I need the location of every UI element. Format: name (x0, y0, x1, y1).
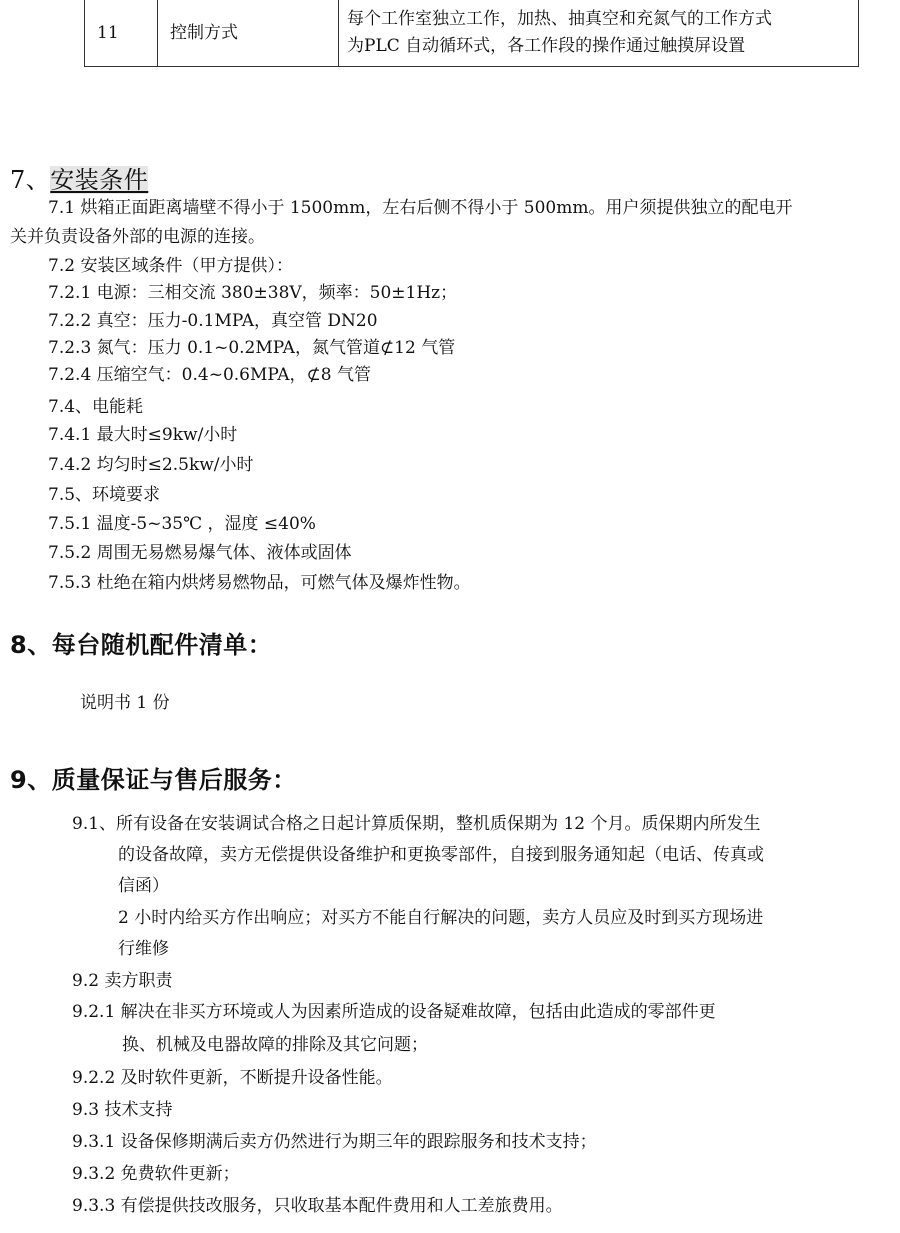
spec-table: 11 控制方式 每个工作室独立工作，加热、抽真空和充氮气的工作方式 为PLC 自… (84, 0, 859, 67)
row-description-line: 为PLC 自动循环式，各工作段的操作通过触摸屏设置 (347, 33, 850, 60)
section-8-item: 说明书 1 份 (80, 692, 170, 714)
section-7-line: 关并负责设备外部的电源的连接。 (10, 226, 265, 248)
section-9-line: 9.2.1 解决在非买方环境或人为因素所造成的设备疑难故障，包括由此造成的零部件… (72, 1001, 716, 1023)
section-8-heading: 8、每台随机配件清单： (10, 625, 272, 660)
section-9-line: 9.3.1 设备保修期满后卖方仍然进行为期三年的跟踪服务和技术支持； (72, 1131, 597, 1153)
section-9-line: 信函） (118, 875, 169, 897)
section-9-line: 9.2 卖方职责 (72, 970, 172, 992)
section-9-line: 9.3.3 有偿提供技改服务，只收取基本配件费用和人工差旅费用。 (72, 1195, 563, 1217)
section-7-line: 7.2.1 电源：三相交流 380±38V，频率：50±1Hz； (48, 282, 457, 304)
section-7-line: 7.5.2 周围无易燃易爆气体、液体或固体 (48, 542, 352, 564)
section-7-line: 7.4.1 最大时≤9kw/小时 (48, 424, 237, 446)
section-9-line: 9.3 技术支持 (72, 1099, 172, 1121)
section-7-heading: 7、安装条件 (10, 160, 148, 195)
section-9-heading: 9、质量保证与售后服务： (10, 760, 297, 795)
section-7-line: 7.2.2 真空：压力-0.1MPA，真空管 DN20 (48, 310, 378, 332)
row-description-line: 每个工作室独立工作，加热、抽真空和充氮气的工作方式 (347, 6, 850, 33)
section-7-line: 7.5.1 温度-5~35℃ ，湿度 ≤40% (48, 513, 316, 535)
section-7-title: 安装条件 (50, 166, 148, 194)
section-9-line: 9.1、所有设备在安装调试合格之日起计算质保期，整机质保期为 12 个月。质保期… (72, 813, 760, 835)
row-description: 每个工作室独立工作，加热、抽真空和充氮气的工作方式 为PLC 自动循环式，各工作… (339, 0, 859, 67)
section-7-number: 7、 (10, 166, 50, 194)
table-row: 11 控制方式 每个工作室独立工作，加热、抽真空和充氮气的工作方式 为PLC 自… (85, 0, 859, 67)
row-name: 控制方式 (158, 0, 339, 67)
section-7-line: 7.5.3 杜绝在箱内烘烤易燃物品，可燃气体及爆炸性物。 (48, 572, 471, 594)
section-9-line: 9.2.2 及时软件更新，不断提升设备性能。 (72, 1067, 393, 1089)
section-9-line: 换、机械及电器故障的排除及其它问题； (122, 1034, 428, 1056)
section-9-line: 行维修 (118, 938, 169, 960)
section-9-line: 的设备故障，卖方无偿提供设备维护和更换零部件，自接到服务通知起（电话、传真或 (118, 844, 764, 866)
section-7-line: 7.2.3 氮气：压力 0.1~0.2MPA，氮气管道⊄12 气管 (48, 337, 455, 359)
row-number: 11 (85, 0, 158, 67)
section-7-line: 7.5、环境要求 (48, 484, 160, 506)
section-9-line: 9.3.2 免费软件更新； (72, 1163, 240, 1185)
section-7-line: 7.2 安装区域条件（甲方提供）： (48, 255, 293, 277)
section-7-line: 7.4.2 均匀时≤2.5kw/小时 (48, 454, 254, 476)
section-7-line: 7.2.4 压缩空气：0.4~0.6MPA，⊄8 气管 (48, 364, 371, 386)
section-9-line: 2 小时内给买方作出响应；对买方不能自行解决的问题，卖方人员应及时到买方现场进 (118, 907, 763, 929)
section-7-line: 7.4、电能耗 (48, 396, 143, 418)
section-7-line: 7.1 烘箱正面距离墙壁不得小于 1500mm，左右后侧不得小于 500mm。用… (48, 197, 792, 219)
